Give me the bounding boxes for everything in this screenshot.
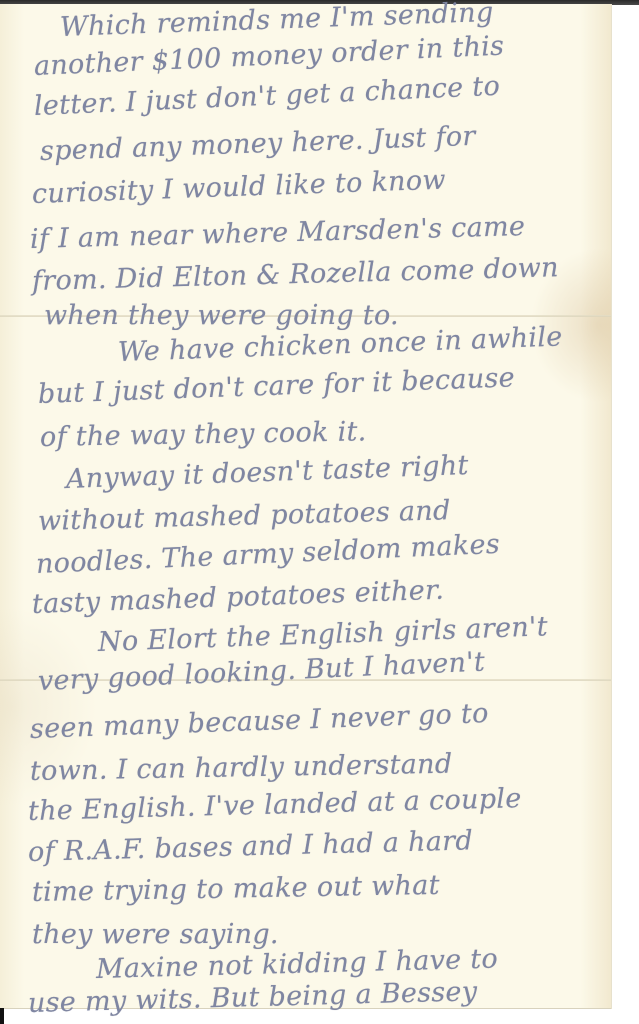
letter-line: tasty mashed potatoes either. [31,575,444,620]
letter-line: curiosity I would like to know [31,165,446,210]
letter-line: use my wits. But being a Bessey [28,976,478,1019]
letter-line: Anyway it doesn't taste right [65,450,469,495]
letter-line: when they were going to. [44,300,399,331]
letter-paper: Which reminds me I'm sending another $10… [0,4,611,1009]
letter-line: of R.A.F. bases and I had a hard [28,825,474,868]
letter-line: time trying to make out what [32,870,440,908]
letter-line: spend any money here. Just for [39,121,476,167]
letter-line: town. I can hardly understand [30,749,453,787]
letter-line: from. Did Elton & Rozella come down [32,252,560,297]
scanner-bottom-edge [0,1008,4,1024]
scanned-letter: Which reminds me I'm sending another $10… [0,0,639,1024]
letter-line: they were saying. [32,919,279,950]
letter-line: seen many because I never go to [29,698,489,745]
letter-line: if I am near where Marsden's came [30,211,526,255]
letter-line: the English. I've landed at a couple [28,783,522,827]
letter-line: of the way they cook it. [40,416,367,453]
letter-line: noodles. The army seldom makes [35,529,500,580]
letter-line: without mashed potatoes and [38,495,451,537]
letter-line: but I just don't care for it because [37,362,515,410]
